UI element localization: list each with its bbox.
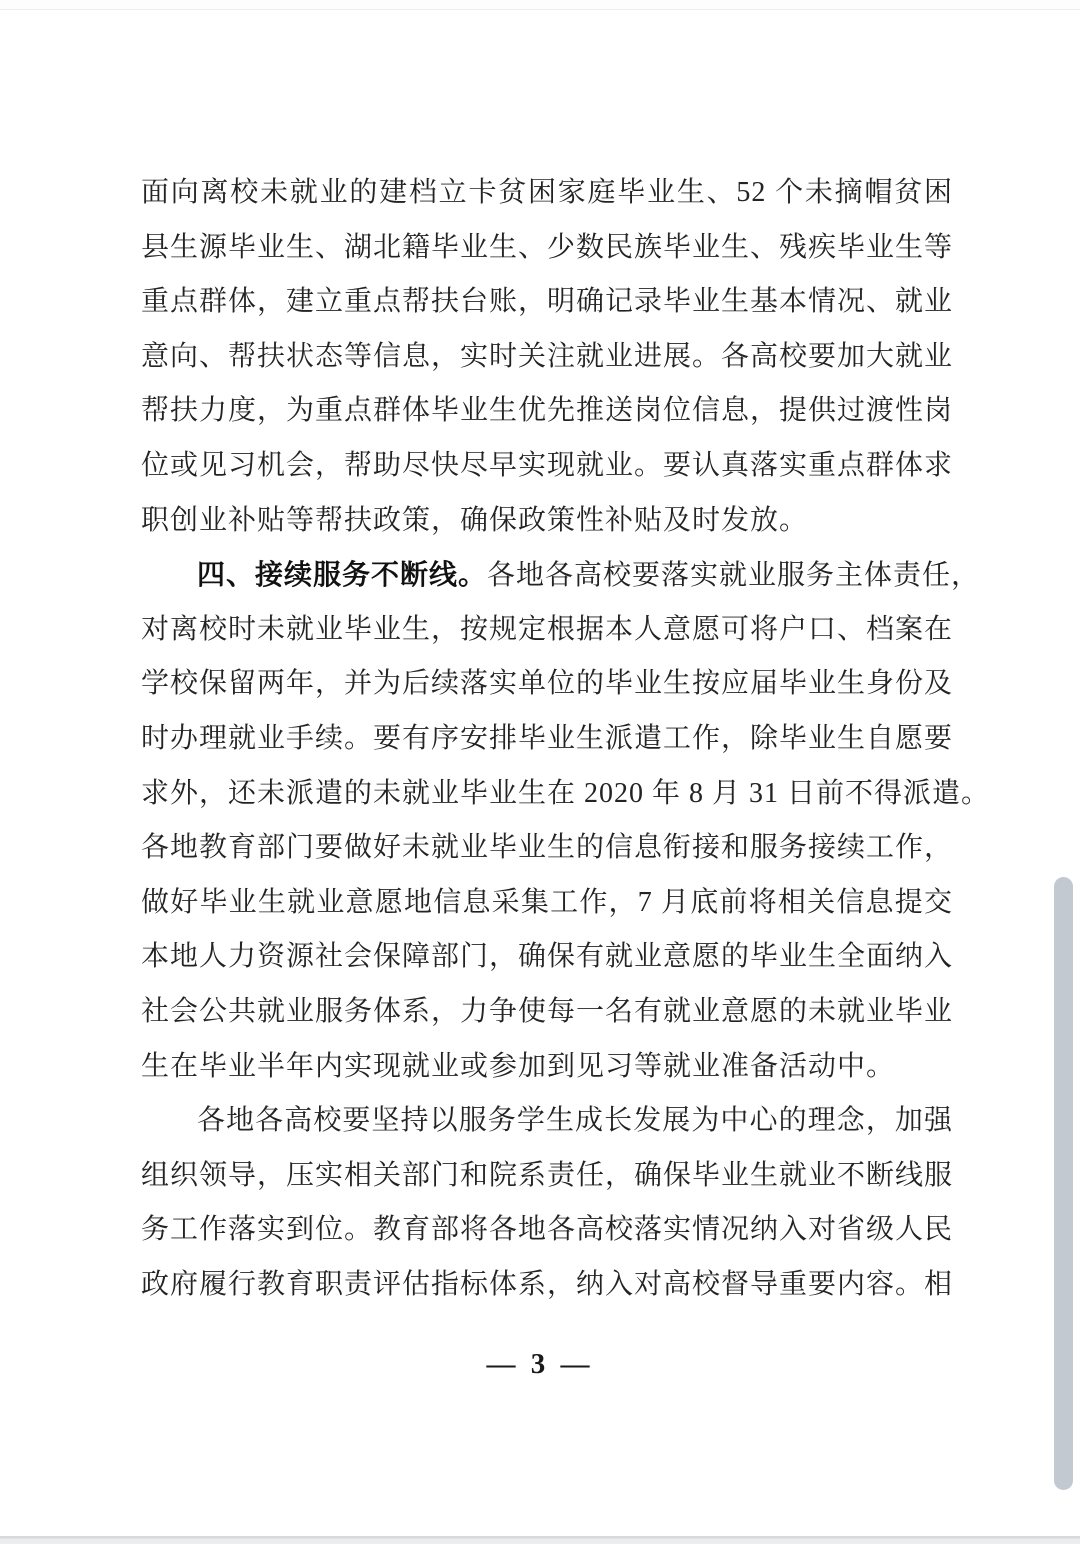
text-line: 社会公共就业服务体系，力争使每一名有就业意愿的未就业毕业: [141, 985, 953, 1040]
text-line: 面向离校未就业的建档立卡贫困家庭毕业生、52 个未摘帽贫困: [141, 166, 953, 221]
text-line: 时办理就业手续。要有序安排毕业生派遣工作，除毕业生自愿要: [141, 712, 953, 767]
text-line: 职创业补贴等帮扶政策，确保政策性补贴及时发放。: [141, 494, 953, 549]
text-line: 帮扶力度，为重点群体毕业生优先推送岗位信息，提供过渡性岗: [141, 384, 953, 439]
text-line: 重点群体，建立重点帮扶台账，明确记录毕业生基本情况、就业: [141, 275, 953, 330]
page-number: — 3 —: [0, 1348, 1080, 1381]
text-line: 意向、帮扶状态等信息，实时关注就业进展。各高校要加大就业: [141, 330, 953, 385]
text-line: 做好毕业生就业意愿地信息采集工作，7 月底前将相关信息提交: [141, 876, 953, 931]
text-line: 对离校时未就业毕业生，按规定根据本人意愿可将户口、档案在: [141, 603, 953, 658]
viewer-bottom-edge: [0, 1536, 1080, 1544]
document-body: 面向离校未就业的建档立卡贫困家庭毕业生、52 个未摘帽贫困县生源毕业生、湖北籍毕…: [141, 166, 953, 1312]
text-line: 学校保留两年，并为后续落实单位的毕业生按应届毕业生身份及: [141, 657, 953, 712]
text-line: 求外，还未派遣的未就业毕业生在 2020 年 8 月 31 日前不得派遣。: [141, 767, 953, 822]
viewer-top-edge: [0, 0, 1080, 10]
text-line: 务工作落实到位。教育部将各地各高校落实情况纳入对省级人民: [141, 1203, 953, 1258]
text-line: 组织领导，压实相关部门和院系责任，确保毕业生就业不断线服: [141, 1149, 953, 1204]
text-line: 县生源毕业生、湖北籍毕业生、少数民族毕业生、残疾毕业生等: [141, 221, 953, 276]
scrollbar-thumb[interactable]: [1054, 877, 1073, 1490]
text-line: 各地各高校要坚持以服务学生成长发展为中心的理念，加强: [141, 1094, 953, 1149]
text-line: 位或见习机会，帮助尽快尽早实现就业。要认真落实重点群体求: [141, 439, 953, 494]
text-line: 政府履行教育职责评估指标体系，纳入对高校督导重要内容。相: [141, 1258, 953, 1313]
text-line: 生在毕业半年内实现就业或参加到见习等就业准备活动中。: [141, 1040, 953, 1095]
text-line: 本地人力资源社会保障部门，确保有就业意愿的毕业生全面纳入: [141, 930, 953, 985]
section-heading: 四、接续服务不断线。: [197, 559, 487, 590]
text-line: 四、接续服务不断线。各地各高校要落实就业服务主体责任，: [141, 548, 953, 603]
text-line: 各地教育部门要做好未就业毕业生的信息衔接和服务接续工作，: [141, 821, 953, 876]
